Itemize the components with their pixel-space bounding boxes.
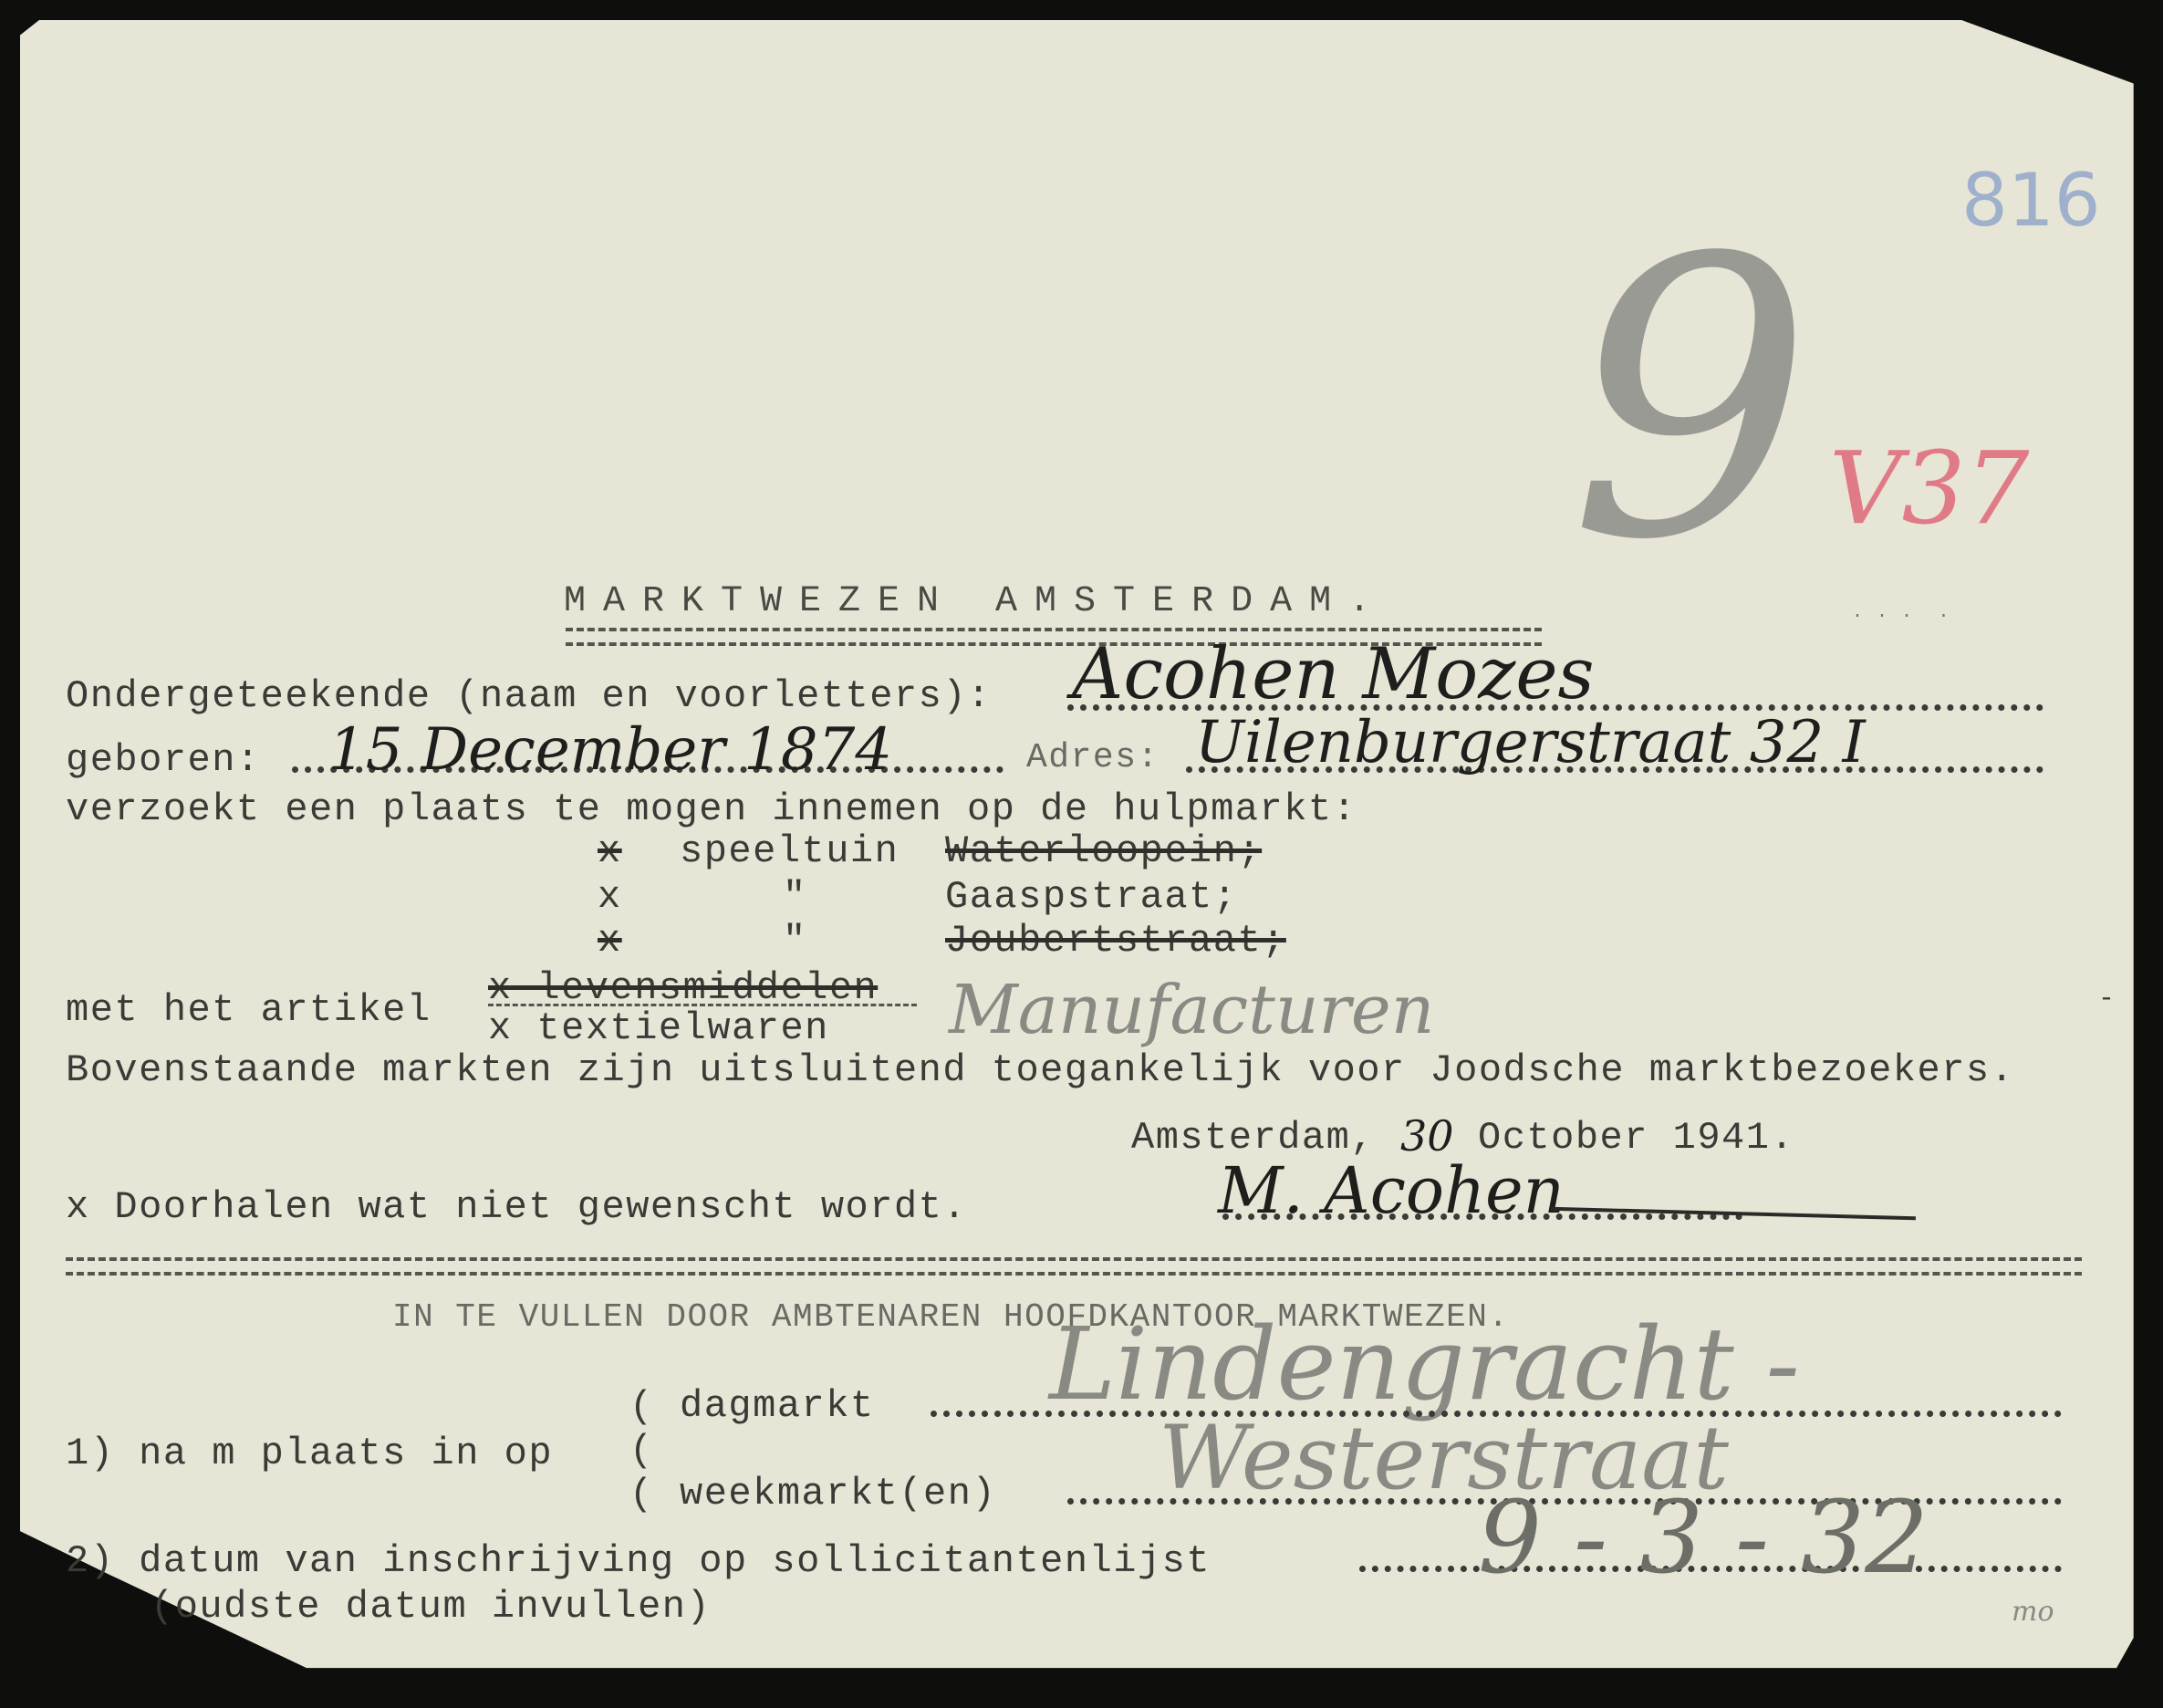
- place-date-prefix: Amsterdam,: [1131, 1119, 1375, 1157]
- market-label-1: speeltuin: [680, 832, 899, 870]
- item1-option-weekmarkt: weekmarkt(en): [680, 1474, 996, 1513]
- born-value-handwritten: 15 December 1874: [328, 721, 892, 779]
- item1-brace: ( ( (: [629, 1385, 654, 1516]
- address-value-handwritten: Uilenburgerstraat 32 I: [1195, 713, 1866, 772]
- red-annotation: V37: [1829, 438, 2029, 538]
- place-date-rest: October 1941.: [1478, 1119, 1794, 1157]
- market-label-3: ": [783, 922, 807, 960]
- pencil-numeral: 9: [1569, 210, 1813, 593]
- article-label: met het artikel: [66, 991, 432, 1029]
- article-option-2: x textielwaren: [488, 1009, 829, 1047]
- signature: M. Acohen: [1218, 1159, 1565, 1223]
- article-handwritten: Manufacturen: [949, 976, 1434, 1044]
- blue-annotation: 816: [1961, 164, 2101, 237]
- item1-option-dagmarkt: dagmarkt: [680, 1387, 875, 1425]
- request-text: verzoekt een plaats te mogen innemen op …: [66, 790, 1357, 828]
- margin-dash: -: [2098, 985, 2116, 1013]
- applicant-name-handwritten: Acohen Mozes: [1072, 639, 1595, 710]
- strike-instruction: x Doorhalen wat niet gewenscht wordt.: [66, 1188, 967, 1226]
- notice-text: Bovenstaande markten zijn uitsluitend to…: [66, 1051, 2014, 1089]
- market-marker-1: x: [598, 832, 622, 870]
- market-label-2: ": [783, 878, 807, 916]
- item2-value-handwritten: 9 - 3 - 32: [1478, 1487, 1929, 1588]
- item1-label: 1) na m plaats in op: [66, 1434, 553, 1473]
- article-option-1: x levensmiddelen: [488, 969, 878, 1007]
- dagmarkt-value-handwritten: Lindengracht -: [1049, 1314, 1800, 1414]
- market-place-2: Gaaspstraat;: [945, 878, 1237, 916]
- market-marker-3: x: [598, 922, 622, 960]
- page-title: MARKTWEZEN AMSTERDAM.: [564, 584, 1388, 620]
- market-place-1: Waterloopein;: [945, 832, 1262, 870]
- section-separator: [66, 1257, 2082, 1276]
- place-date-day: 30: [1400, 1115, 1454, 1157]
- born-label: geboren:: [66, 741, 261, 779]
- item2-sublabel: (oudste datum invullen): [151, 1588, 711, 1626]
- title-trailing-dots: . . . .: [1852, 604, 1950, 622]
- market-marker-2: x: [598, 878, 622, 916]
- market-place-3: Joubertstraat;: [945, 922, 1286, 960]
- applicant-label: Ondergeteekende (naam en voorletters):: [66, 677, 992, 715]
- corner-initials: mo: [2012, 1599, 2054, 1626]
- item2-label: 2) datum van inschrijving op sollicitant…: [66, 1542, 1211, 1580]
- address-label: Adres:: [1026, 741, 1159, 776]
